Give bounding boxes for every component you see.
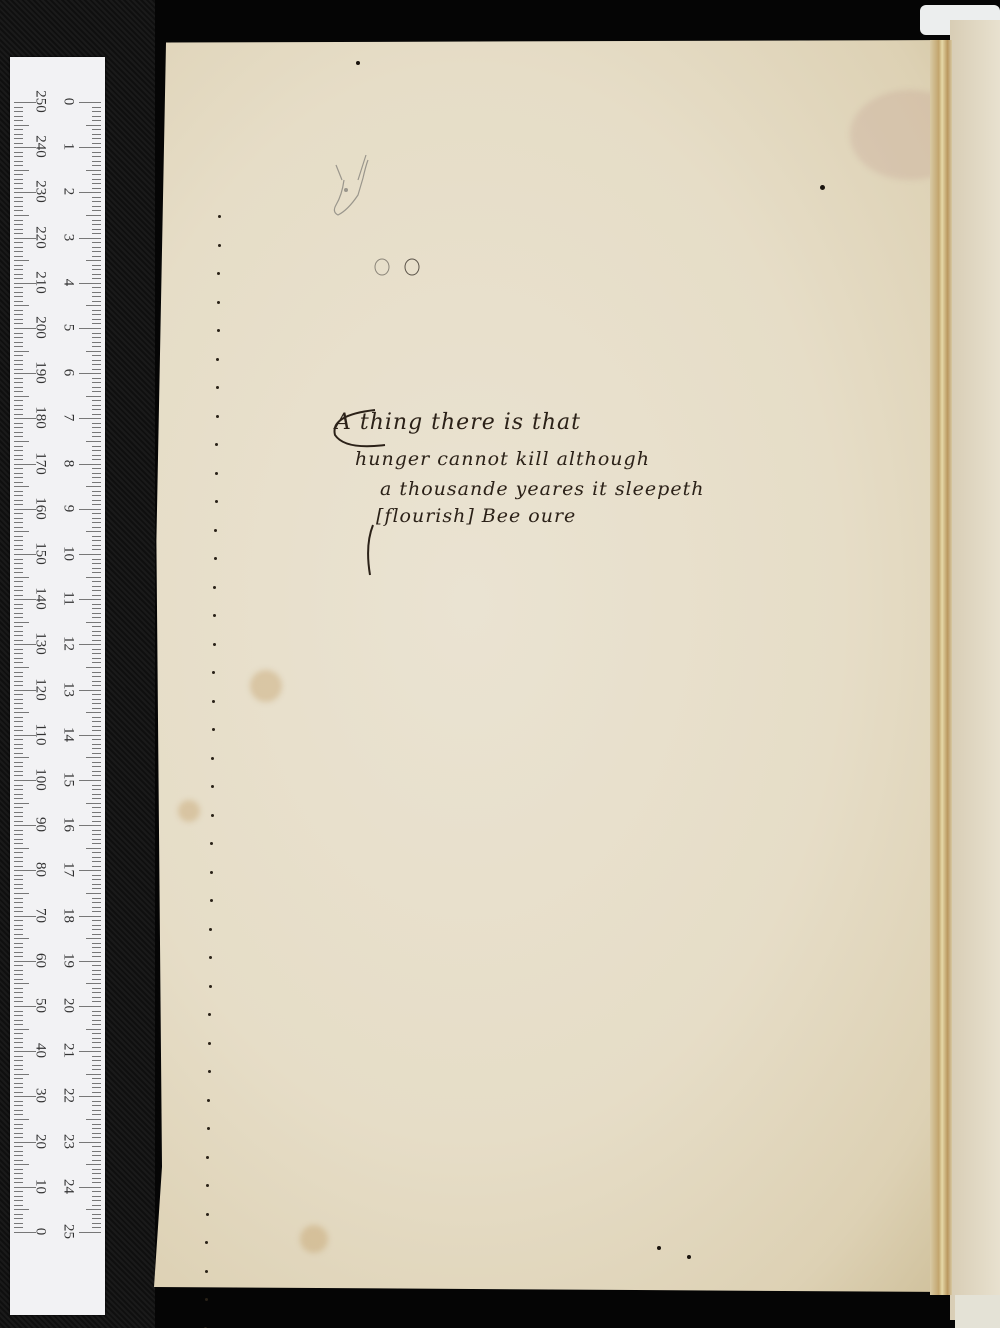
- pricking-hole: [210, 899, 213, 902]
- ruler-tick: [14, 1065, 23, 1066]
- ruler-tick: [92, 314, 101, 315]
- ruler-cm-label: 2: [60, 172, 77, 212]
- ruler-tick: [14, 256, 23, 257]
- ruler-tick: [14, 260, 29, 261]
- ruler-cm-label: 6: [60, 353, 77, 393]
- ruler-tick: [14, 925, 23, 926]
- ruler-tick: [14, 323, 23, 324]
- ruler-tick: [79, 644, 101, 645]
- ruler-tick: [14, 721, 23, 722]
- ruler-tick: [92, 992, 101, 993]
- pricking-hole: [205, 1270, 208, 1273]
- ruler-cm-label: 18: [60, 895, 77, 935]
- ruler-tick: [14, 861, 23, 862]
- ruler-tick: [92, 477, 101, 478]
- ruler-tick: [14, 879, 23, 880]
- ruler-tick: [14, 1169, 23, 1170]
- ruler-tick: [92, 152, 101, 153]
- ruler-tick: [92, 640, 101, 641]
- ruler-tick: [14, 165, 23, 166]
- ruler-tick: [86, 1029, 101, 1030]
- ruler-tick: [14, 1029, 29, 1030]
- ruler-tick: [92, 902, 101, 903]
- ruler-tick: [79, 1051, 101, 1052]
- ruler-tick: [92, 1087, 101, 1088]
- ruler-tick: [92, 956, 101, 957]
- stain: [178, 800, 200, 822]
- ruler-tick: [92, 346, 101, 347]
- ruler-tick: [14, 717, 23, 718]
- ruler-tick: [92, 247, 101, 248]
- ruler-tick: [14, 477, 23, 478]
- ruler-tick: [14, 432, 23, 433]
- ruler-tick: [79, 418, 101, 419]
- ruler-tick: [86, 938, 101, 939]
- ruler-tick: [92, 165, 101, 166]
- ruler-tick: [14, 518, 23, 519]
- ruler-tick: [92, 934, 101, 935]
- ruler-tick: [14, 120, 23, 121]
- ruler-tick: [14, 1015, 23, 1016]
- ruler-tick: [14, 1155, 23, 1156]
- ruler-tick: [92, 943, 101, 944]
- ruler-tick: [92, 337, 101, 338]
- ruler-tick: [86, 1164, 101, 1165]
- ruler-tick: [86, 622, 101, 623]
- pricking-hole: [218, 244, 221, 247]
- ruler-tick: [14, 920, 23, 921]
- ruler-tick: [14, 608, 23, 609]
- ruler-tick: [14, 224, 23, 225]
- ruler-tick: [14, 531, 29, 532]
- deer-sketch-icon: [318, 150, 378, 230]
- inscription-line-4: [flourish] Bee oure: [376, 505, 576, 527]
- ruler-tick: [14, 337, 23, 338]
- ruler-tick: [92, 1078, 101, 1079]
- ruler-tick: [92, 1214, 101, 1215]
- ruler-tick: [14, 694, 23, 695]
- ruler-tick: [92, 468, 101, 469]
- ruler-cm-label: 13: [60, 669, 77, 709]
- ruler-tick: [92, 613, 101, 614]
- ruler-tick: [14, 1173, 23, 1174]
- ruler-tick: [14, 107, 23, 108]
- pricking-hole: [210, 871, 213, 874]
- ruler-tick: [92, 369, 101, 370]
- ruler-tick: [79, 961, 101, 962]
- ruler-tick: [14, 1191, 23, 1192]
- pricking-hole: [205, 1298, 208, 1301]
- ink-dot: [687, 1255, 691, 1259]
- ruler-tick: [92, 744, 101, 745]
- ruler-tick: [14, 251, 23, 252]
- ruler-tick: [79, 599, 101, 600]
- ruler-tick: [92, 662, 101, 663]
- ruler-tick: [86, 1209, 101, 1210]
- pricking-hole: [207, 1099, 210, 1102]
- ruler-tick: [14, 807, 23, 808]
- ruler-tick: [14, 482, 23, 483]
- ruler-tick: [14, 956, 23, 957]
- ruler-tick: [92, 1137, 101, 1138]
- ruler-tick: [14, 848, 29, 849]
- ruler-tick: [92, 830, 101, 831]
- ruler-tick: [92, 265, 101, 266]
- ruler-tick: [14, 739, 23, 740]
- ruler-tick: [92, 631, 101, 632]
- ruler-tick: [79, 1096, 101, 1097]
- ruler-tick: [14, 486, 29, 487]
- ruler-tick: [79, 102, 101, 103]
- ruler-tick: [92, 391, 101, 392]
- ruler-tick: [92, 717, 101, 718]
- ruler-tick: [14, 459, 23, 460]
- ruler-tick: [14, 1128, 23, 1129]
- ruler-mm-label: 0: [32, 1212, 49, 1252]
- ruler-tick: [92, 1178, 101, 1179]
- ruler-mm-label: 60: [32, 940, 49, 980]
- ruler-tick: [86, 757, 101, 758]
- ruler-tick: [92, 685, 101, 686]
- binding-gutter: [930, 40, 952, 1295]
- ruler-tick: [14, 563, 23, 564]
- ruler-tick: [14, 1105, 23, 1106]
- ruler-tick: [14, 513, 23, 514]
- ruler-tick: [14, 269, 23, 270]
- ruler-tick: [86, 396, 101, 397]
- ruler-tick: [14, 1110, 23, 1111]
- ruler-tick: [14, 265, 23, 266]
- ruler-tick: [92, 355, 101, 356]
- ruler-tick: [92, 504, 101, 505]
- ink-dot: [820, 185, 825, 190]
- ruler-tick: [14, 590, 23, 591]
- ruler-tick: [14, 333, 23, 334]
- ruler-tick: [14, 1151, 23, 1152]
- ruler-tick: [14, 595, 23, 596]
- ruler-tick: [86, 305, 101, 306]
- pricking-hole: [213, 643, 216, 646]
- ruler-mm-label: 180: [32, 398, 49, 438]
- ruler-tick: [92, 179, 101, 180]
- ruler-tick: [14, 676, 23, 677]
- pricking-hole: [211, 785, 214, 788]
- ruler-tick: [79, 780, 101, 781]
- ruler-tick: [14, 1214, 23, 1215]
- pricking-hole: [214, 529, 217, 532]
- ruler-tick: [14, 789, 23, 790]
- ruler-tick: [92, 382, 101, 383]
- ruler-tick: [14, 965, 23, 966]
- ruler-tick: [92, 1038, 101, 1039]
- ruler-tick: [92, 378, 101, 379]
- ruler-tick: [79, 1187, 101, 1188]
- ruler-tick: [92, 518, 101, 519]
- ruler-tick: [14, 382, 23, 383]
- ruler-tick: [92, 1196, 101, 1197]
- ruler-cm-label: 24: [60, 1166, 77, 1206]
- ruler-tick: [92, 111, 101, 112]
- ruler-tick: [92, 726, 101, 727]
- inscription-line-3: a thousande yeares it sleepeth: [380, 478, 704, 500]
- ruler-tick: [92, 812, 101, 813]
- pricking-hole: [218, 215, 221, 218]
- ruler-tick: [92, 206, 101, 207]
- ruler-cm-label: 11: [60, 579, 77, 619]
- ruler-tick: [92, 1015, 101, 1016]
- ruler-tick: [92, 269, 101, 270]
- ruler-tick: [14, 1205, 23, 1206]
- ruler-mm-label: 80: [32, 850, 49, 890]
- ruler-tick: [14, 577, 29, 578]
- ruler-tick: [92, 224, 101, 225]
- ruler-tick: [14, 1182, 23, 1183]
- ruler-tick: [92, 807, 101, 808]
- ruler-tick: [92, 748, 101, 749]
- ink-dot: [356, 61, 360, 65]
- ruler-cm-label: 23: [60, 1121, 77, 1161]
- ruler-tick: [14, 934, 23, 935]
- ruler-tick: [14, 369, 23, 370]
- ruler-tick: [14, 179, 23, 180]
- ruler-tick: [14, 491, 23, 492]
- ruler-tick: [92, 798, 101, 799]
- ruler-tick: [14, 559, 23, 560]
- ruler-tick: [92, 274, 101, 275]
- ruler-tick: [92, 522, 101, 523]
- ruler-tick: [86, 125, 101, 126]
- ruler-tick: [92, 595, 101, 596]
- ruler-tick: [92, 450, 101, 451]
- ruler-tick: [86, 441, 101, 442]
- ruler-tick: [14, 549, 23, 550]
- scale-ruler: 0123456789101112131415161718192021222324…: [10, 57, 105, 1315]
- ruler-tick: [14, 427, 23, 428]
- ruler-tick: [14, 1047, 23, 1048]
- ruler-tick: [14, 536, 23, 537]
- ruler-tick: [14, 1020, 23, 1021]
- ruler-tick: [79, 192, 101, 193]
- ruler-tick: [14, 1137, 23, 1138]
- ruler-tick: [92, 834, 101, 835]
- ruler-tick: [14, 233, 23, 234]
- ruler-tick: [92, 1146, 101, 1147]
- ruler-tick: [14, 952, 23, 953]
- ruler-tick: [92, 988, 101, 989]
- ruler-tick: [14, 152, 23, 153]
- ruler-tick: [92, 1092, 101, 1093]
- ruler-tick: [14, 355, 23, 356]
- ruler-tick: [14, 821, 23, 822]
- ruler-tick: [86, 667, 101, 668]
- ruler-mm-label: 140: [32, 579, 49, 619]
- ruler-cm-label: 20: [60, 986, 77, 1026]
- ruler-tick: [14, 1056, 23, 1057]
- ruler-tick: [14, 504, 23, 505]
- ruler-tick: [86, 712, 101, 713]
- ruler-tick: [79, 870, 101, 871]
- pricking-hole: [207, 1127, 210, 1130]
- ruler-tick: [92, 400, 101, 401]
- ruler-tick: [14, 351, 29, 352]
- ruler-tick: [92, 1191, 101, 1192]
- ruler-mm-label: 40: [32, 1031, 49, 1071]
- ruler-tick: [92, 672, 101, 673]
- ruler-tick: [86, 803, 101, 804]
- ruler-tick: [14, 997, 23, 998]
- pricking-hole: [212, 728, 215, 731]
- ruler-tick: [14, 943, 23, 944]
- ruler-tick: [14, 436, 23, 437]
- ink-dot: [657, 1246, 661, 1250]
- ruler-tick: [92, 857, 101, 858]
- ruler-tick: [14, 902, 23, 903]
- ruler-tick: [14, 712, 29, 713]
- ruler-tick: [92, 1069, 101, 1070]
- ruler-tick: [92, 138, 101, 139]
- ruler-cm-label: 16: [60, 805, 77, 845]
- ruler-tick: [92, 898, 101, 899]
- ruler-cm-label: 10: [60, 534, 77, 574]
- stain: [250, 670, 282, 702]
- ruler-cm-label: 19: [60, 940, 77, 980]
- ruler-tick: [14, 775, 23, 776]
- ruler-tick: [14, 622, 29, 623]
- ruler-tick: [92, 545, 101, 546]
- ruler-tick: [92, 549, 101, 550]
- ruler-tick: [92, 446, 101, 447]
- ruler-tick: [92, 1218, 101, 1219]
- ruler-tick: [14, 771, 23, 772]
- ruler-tick: [14, 391, 23, 392]
- ruler-tick: [92, 473, 101, 474]
- ruler-tick: [14, 726, 23, 727]
- ruler-tick: [92, 120, 101, 121]
- ruler-tick: [14, 888, 23, 889]
- ruler-tick: [92, 617, 101, 618]
- ruler-tick: [14, 794, 23, 795]
- ruler-tick: [92, 1205, 101, 1206]
- ruler-mm-label: 90: [32, 805, 49, 845]
- ruler-tick: [92, 703, 101, 704]
- ruler-mm-label: 20: [32, 1121, 49, 1161]
- ruler-tick: [92, 608, 101, 609]
- ruler-tick: [92, 1060, 101, 1061]
- ruler-tick: [92, 129, 101, 130]
- ruler-tick: [14, 1038, 23, 1039]
- ruler-tick: [92, 1227, 101, 1228]
- ruler-tick: [14, 631, 23, 632]
- ruler-tick: [14, 360, 23, 361]
- ruler-tick: [14, 699, 23, 700]
- ruler-tick: [14, 170, 29, 171]
- facing-page-edge: [950, 20, 1000, 1320]
- ruler-mm-label: 160: [32, 488, 49, 528]
- ruler-tick: [79, 825, 101, 826]
- ruler-tick: [92, 1105, 101, 1106]
- ruler-tick: [92, 888, 101, 889]
- ruler-tick: [14, 414, 23, 415]
- ruler-tick: [92, 1173, 101, 1174]
- ruler-tick: [14, 744, 23, 745]
- ruler-tick: [14, 708, 23, 709]
- ruler-tick: [92, 866, 101, 867]
- ruler-tick: [14, 129, 23, 130]
- ruler-tick: [92, 739, 101, 740]
- ruler-tick: [92, 762, 101, 763]
- ruler-tick: [14, 473, 23, 474]
- ruler-tick: [92, 721, 101, 722]
- ruler-tick: [92, 1110, 101, 1111]
- ruler-tick: [92, 310, 101, 311]
- ruler-cm-label: 4: [60, 262, 77, 302]
- ruler-tick: [14, 568, 23, 569]
- ruler-tick: [79, 554, 101, 555]
- ruler-tick: [92, 775, 101, 776]
- ruler-tick: [14, 292, 23, 293]
- ruler-tick: [14, 640, 23, 641]
- ruler-tick: [92, 907, 101, 908]
- ruler-tick: [14, 803, 29, 804]
- ruler-tick: [92, 658, 101, 659]
- ruler-tick: [92, 364, 101, 365]
- ruler-tick: [14, 653, 23, 654]
- ruler-tick: [14, 274, 23, 275]
- ruler-tick: [14, 1124, 23, 1125]
- ruler-tick: [92, 233, 101, 234]
- ruler-mm-label: 170: [32, 443, 49, 483]
- ruler-tick: [92, 301, 101, 302]
- ruler-tick: [14, 988, 23, 989]
- ruler-tick: [14, 586, 23, 587]
- ruler-tick: [14, 748, 23, 749]
- ruler-tick: [14, 1024, 23, 1025]
- ruler-tick: [92, 251, 101, 252]
- ruler-tick: [92, 536, 101, 537]
- ruler-tick: [14, 911, 23, 912]
- ruler-tick: [14, 843, 23, 844]
- ruler-tick: [14, 1083, 23, 1084]
- ruler-tick: [14, 753, 23, 754]
- ruler-tick: [92, 568, 101, 569]
- ruler-tick: [86, 486, 101, 487]
- ruler-tick: [14, 983, 29, 984]
- ruler-tick: [79, 373, 101, 374]
- ruler-tick: [92, 852, 101, 853]
- ruler-tick: [14, 672, 23, 673]
- ruler-tick: [86, 1074, 101, 1075]
- ruler-tick: [92, 1128, 101, 1129]
- ruler-tick: [14, 685, 23, 686]
- ruler-tick: [14, 581, 23, 582]
- pricking-hole: [216, 415, 219, 418]
- ruler-tick: [86, 215, 101, 216]
- ruler-tick: [14, 834, 23, 835]
- ruler-tick: [14, 730, 23, 731]
- ruler-tick: [92, 174, 101, 175]
- ruler-tick: [14, 572, 23, 573]
- ruler-tick: [92, 753, 101, 754]
- ruler-mm-label: 210: [32, 262, 49, 302]
- ruler-tick: [14, 468, 23, 469]
- ruler-tick: [14, 287, 23, 288]
- ruler-tick: [92, 884, 101, 885]
- ruler-tick: [86, 351, 101, 352]
- ruler-tick: [14, 183, 23, 184]
- ruler-tick: [14, 215, 29, 216]
- ruler-tick: [14, 364, 23, 365]
- ruler-tick: [92, 107, 101, 108]
